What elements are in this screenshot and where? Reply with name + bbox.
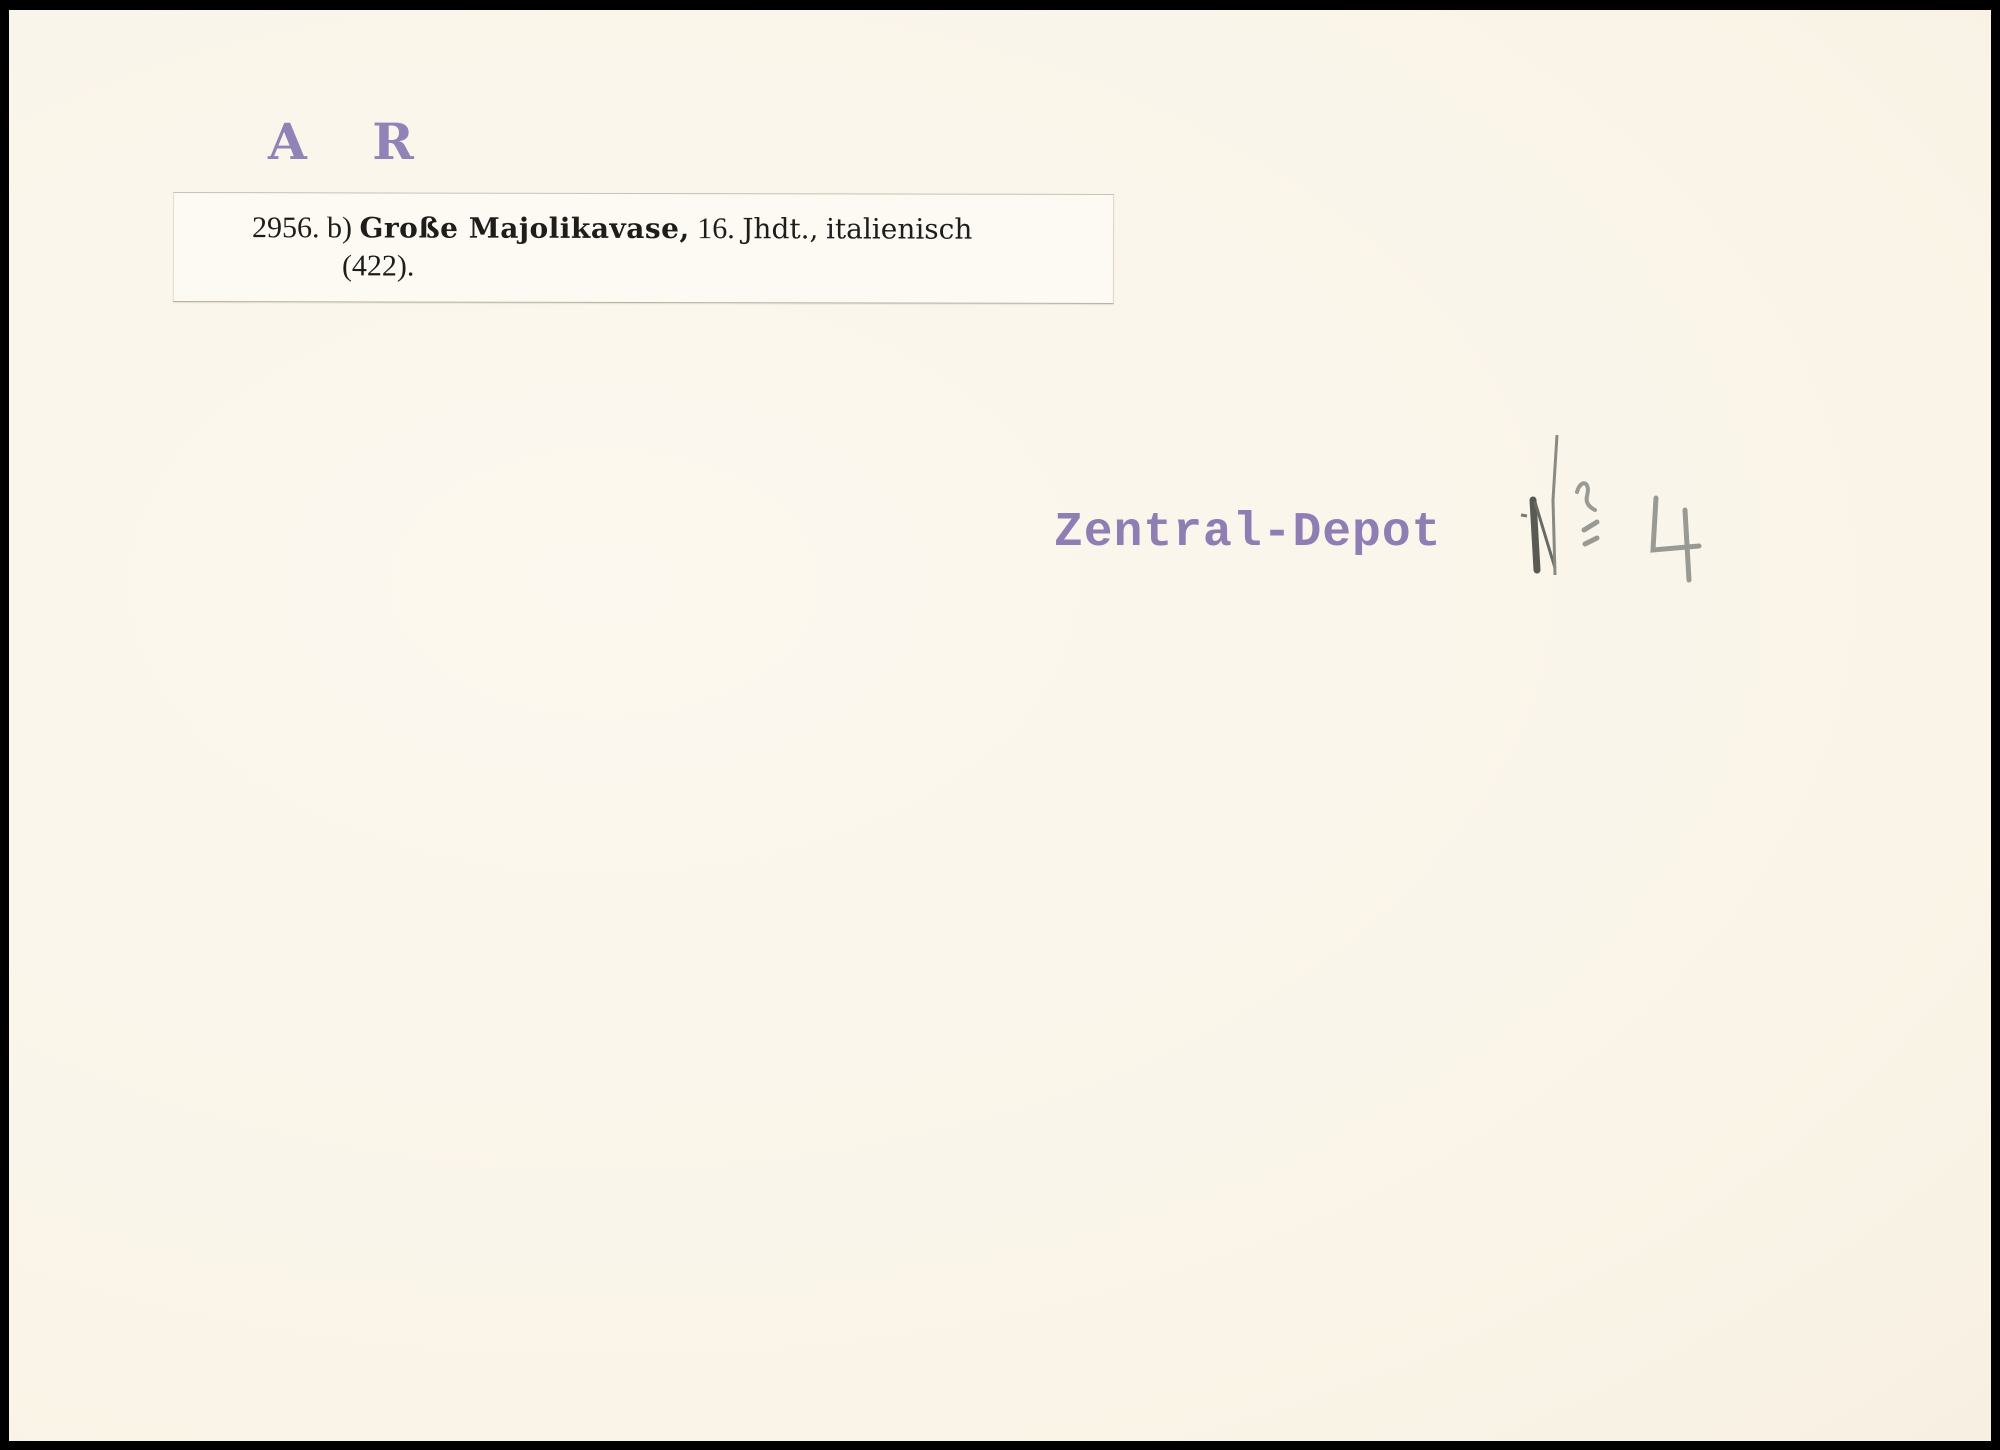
initials-stamp: A R <box>268 112 438 171</box>
century-number: 16. <box>697 212 735 245</box>
catalog-label-line-1: 2956. b) Große Majolikavase, 16. Jhdt., … <box>252 211 972 247</box>
handwritten-number <box>1519 430 1719 590</box>
century-abbr: Jhdt., <box>742 212 818 245</box>
depot-stamp: Zentral-Depot <box>1054 506 1441 560</box>
catalog-number: 2956. b) <box>252 211 352 244</box>
handwritten-numero-four-icon <box>1519 430 1719 590</box>
object-origin: italienisch <box>826 212 973 245</box>
catalog-label-strip: 2956. b) Große Majolikavase, 16. Jhdt., … <box>173 192 1114 304</box>
catalog-reference: (422). <box>342 249 415 283</box>
archive-card: A R 2956. b) Große Majolikavase, 16. Jhd… <box>9 10 1991 1441</box>
object-title: Große Majolikavase, <box>360 211 690 245</box>
